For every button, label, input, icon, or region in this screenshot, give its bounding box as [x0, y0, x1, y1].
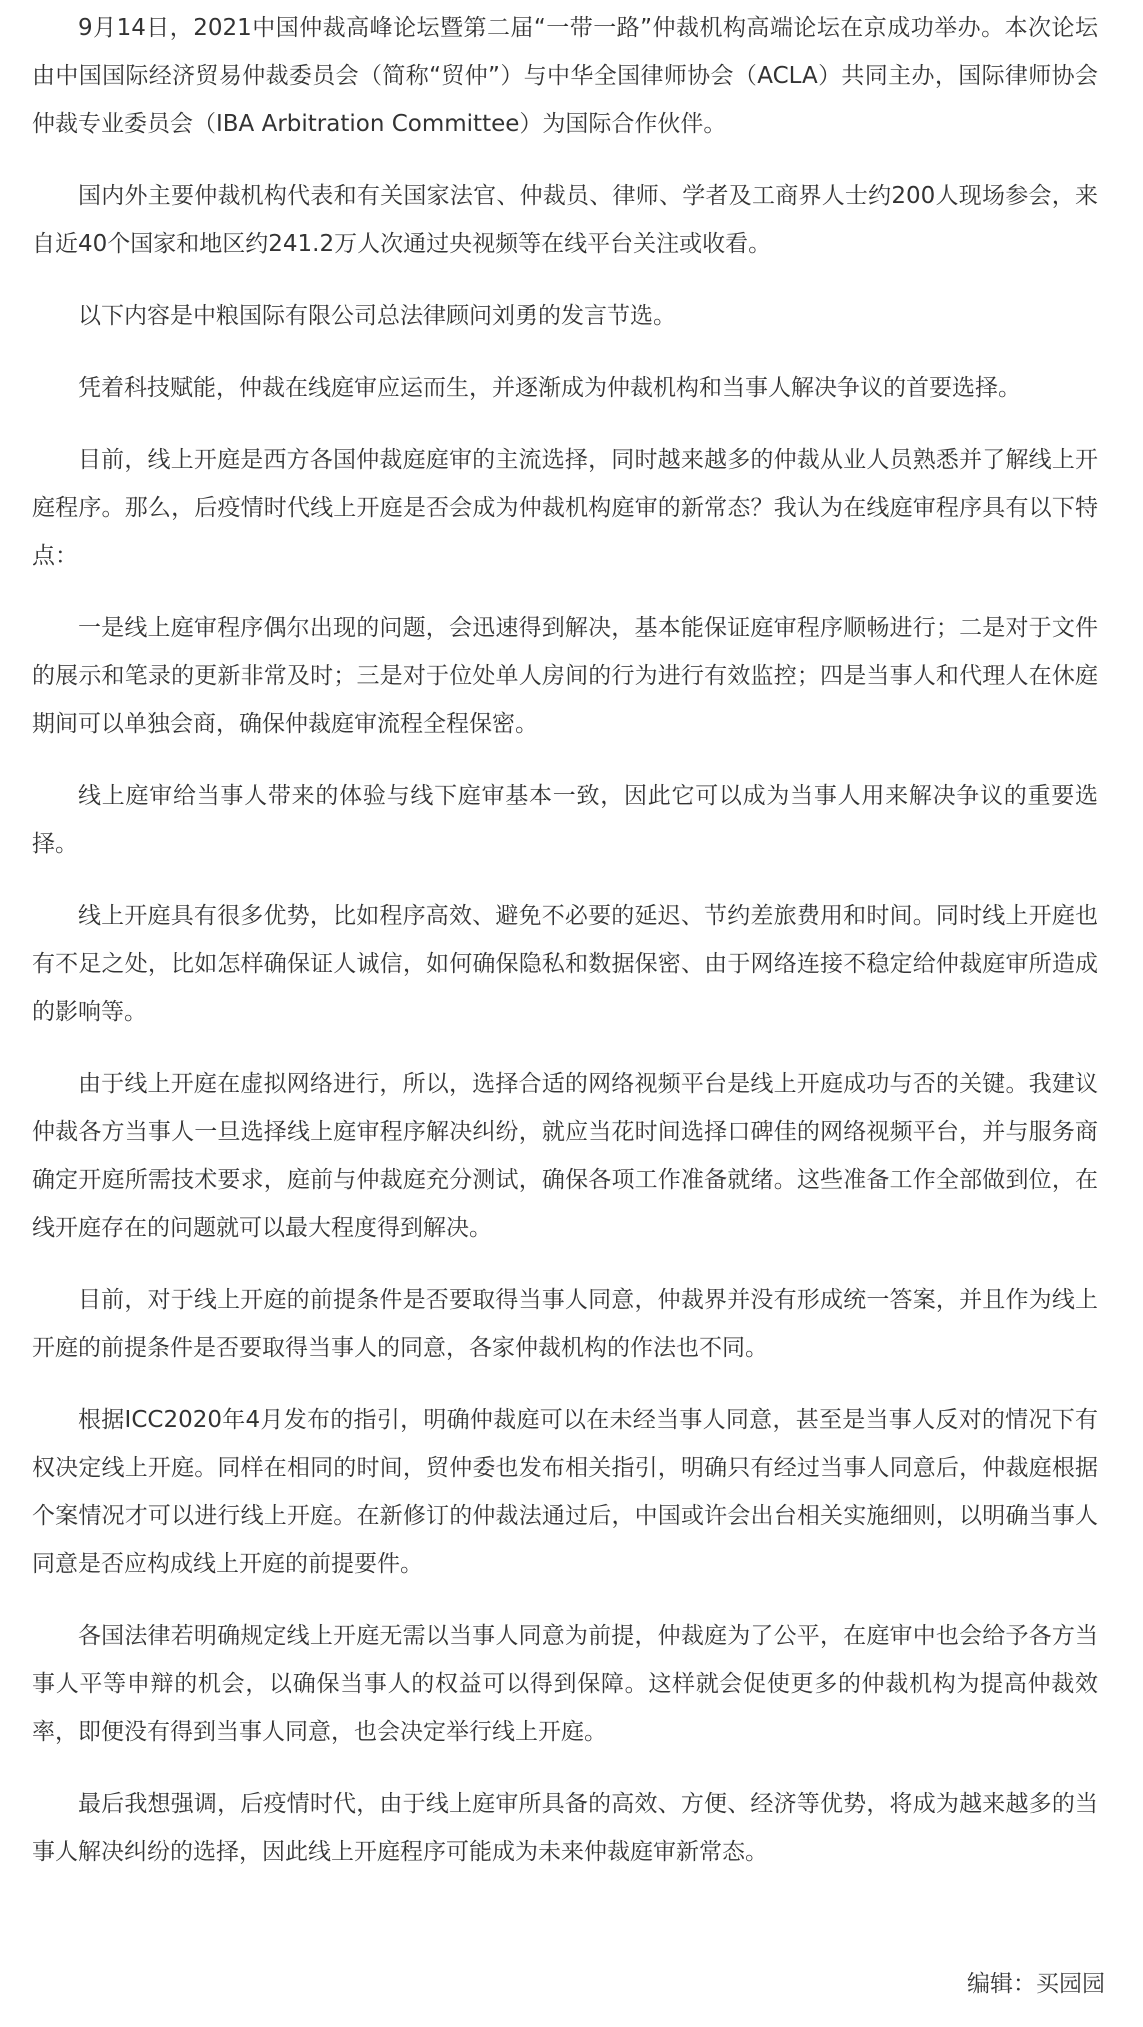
article-body: 9月14日，2021中国仲裁高峰论坛暨第二届“一带一路”仲裁机构高端论坛在京成功…: [32, 4, 1098, 1900]
paragraph-icc-guidance: 根据ICC2020年4月发布的指引，明确仲裁庭可以在未经当事人同意，甚至是当事人…: [32, 1396, 1098, 1588]
paragraph-pros-cons: 线上开庭具有很多优势，比如程序高效、避免不必要的延迟、节约差旅费用和时间。同时线…: [32, 892, 1098, 1036]
paragraph-tech-empowerment: 凭着科技赋能，仲裁在线庭审应运而生，并逐渐成为仲裁机构和当事人解决争议的首要选择…: [32, 364, 1098, 412]
paragraph-national-laws: 各国法律若明确规定线上开庭无需以当事人同意为前提，仲裁庭为了公平，在庭审中也会给…: [32, 1612, 1098, 1756]
paragraph-forum-intro: 9月14日，2021中国仲裁高峰论坛暨第二届“一带一路”仲裁机构高端论坛在京成功…: [32, 4, 1098, 148]
paragraph-conclusion: 最后我想强调，后疫情时代，由于线上庭审所具备的高效、方便、经济等优势，将成为越来…: [32, 1780, 1098, 1876]
paragraph-platform-choice: 由于线上开庭在虚拟网络进行，所以，选择合适的网络视频平台是线上开庭成功与否的关键…: [32, 1060, 1098, 1252]
paragraph-consent-question: 目前，对于线上开庭的前提条件是否要取得当事人同意，仲裁界并没有形成统一答案，并且…: [32, 1276, 1098, 1372]
editor-credit: 编辑：买园园: [967, 1964, 1105, 2004]
paragraph-online-hearing-trend: 目前，线上开庭是西方各国仲裁庭庭审的主流选择，同时越来越多的仲裁从业人员熟悉并了…: [32, 436, 1098, 580]
paragraph-speech-intro: 以下内容是中粮国际有限公司总法律顾问刘勇的发言节选。: [32, 292, 1098, 340]
paragraph-features: 一是线上庭审程序偶尔出现的问题，会迅速得到解决，基本能保证庭审程序顺畅进行；二是…: [32, 604, 1098, 748]
paragraph-attendance: 国内外主要仲裁机构代表和有关国家法官、仲裁员、律师、学者及工商界人士约200人现…: [32, 172, 1098, 268]
paragraph-experience: 线上庭审给当事人带来的体验与线下庭审基本一致，因此它可以成为当事人用来解决争议的…: [32, 772, 1098, 868]
